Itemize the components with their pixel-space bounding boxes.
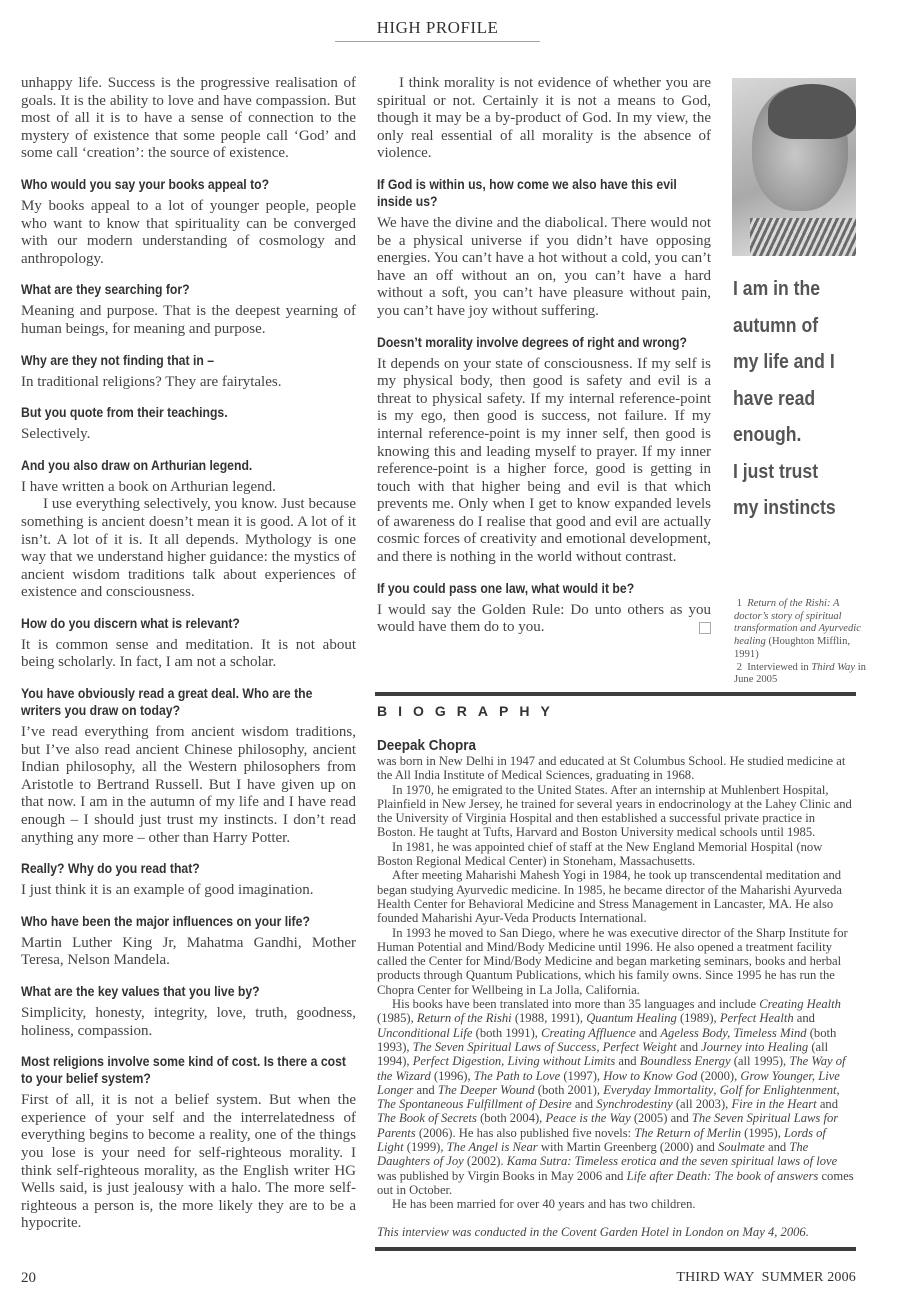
interview-answer: Martin Luther King Jr, Mahatma Gandhi, M… [21, 935, 356, 970]
pull-quote-line: I just trust [733, 458, 865, 495]
footnote-number: 1 [737, 598, 742, 609]
interview-question: If God is within us, how come we also ha… [377, 176, 711, 210]
interview-question: What are they searching for? [21, 281, 356, 298]
footnotes: 1 Return of the Rishi: A doctor’s story … [734, 598, 874, 687]
pull-quote-line: autumn of [733, 312, 865, 349]
running-head-section: HIGH PROFILE [335, 18, 540, 42]
interview-answer: It depends on your state of consciousnes… [377, 356, 711, 567]
pull-quote-line: my life and I [733, 348, 865, 385]
interview-question: Who have been the major influences on yo… [21, 913, 356, 930]
interview-question: You have obviously read a great deal. Wh… [21, 685, 356, 719]
left-column: unhappy life. Success is the progressive… [21, 75, 356, 1233]
interview-answer: I use everything selectively, you know. … [21, 496, 356, 602]
portrait-hair-shape [768, 84, 856, 139]
pull-quote-line: have read [733, 385, 865, 422]
interview-answer: I’ve read everything from ancient wisdom… [21, 724, 356, 847]
biography-heading: BIOGRAPHY [377, 703, 855, 719]
middle-column: I think morality is not evidence of whet… [377, 75, 711, 637]
interview-answer: I have written a book on Arthurian legen… [21, 479, 356, 497]
footnote-magazine: Third Way [811, 662, 855, 673]
interview-answer: My books appeal to a lot of younger peop… [21, 198, 356, 268]
footnote-1: 1 Return of the Rishi: A doctor’s story … [734, 598, 874, 662]
portrait-photo [732, 78, 856, 256]
interview-answer: Selectively. [21, 426, 356, 444]
interview-question: Why are they not finding that in – [21, 352, 356, 369]
interview-answer: It is common sense and meditation. It is… [21, 637, 356, 672]
interview-question: Really? Why do you read that? [21, 860, 356, 877]
interview-question: Doesn’t morality involve degrees of righ… [377, 334, 711, 351]
interview-answer: Simplicity, honesty, integrity, love, tr… [21, 1005, 356, 1040]
footnote-2: 2 Interviewed in Third Way in June 2005 [734, 662, 874, 687]
interview-question: If you could pass one law, what would it… [377, 580, 711, 597]
biography-paragraph: In 1970, he emigrated to the United Stat… [377, 783, 855, 840]
portrait-collar-shape [750, 218, 856, 256]
pull-quote: I am in the autumn of my life and I have… [733, 275, 865, 531]
biography-box: BIOGRAPHY Deepak Chopra was born in New … [377, 703, 855, 1239]
interview-answer: unhappy life. Success is the progressive… [21, 75, 356, 163]
biography-books-paragraph: His books have been translated into more… [377, 997, 855, 1197]
biography-paragraph: In 1981, he was appointed chief of staff… [377, 840, 855, 869]
interview-question: And you also draw on Arthurian legend. [21, 457, 356, 474]
biography-paragraph: In 1993 he moved to San Diego, where he … [377, 926, 855, 997]
page-number: 20 [21, 1270, 36, 1287]
interview-answer: In traditional religions? They are fairy… [21, 374, 356, 392]
interview-question: Who would you say your books appeal to? [21, 176, 356, 193]
biography-paragraph: was born in New Delhi in 1947 and educat… [377, 754, 855, 783]
biography-paragraph: He has been married for over 40 years an… [377, 1197, 855, 1211]
biography-bottom-rule [375, 1247, 856, 1251]
end-of-article-mark-icon [699, 622, 711, 634]
footnote-number: 2 [737, 662, 742, 673]
interview-answer: Meaning and purpose. That is the deepest… [21, 303, 356, 338]
interview-note: This interview was conducted in the Cove… [377, 1225, 855, 1239]
pull-quote-line: I am in the [733, 275, 865, 312]
biography-top-rule [375, 692, 856, 696]
interview-question: Most religions involve some kind of cost… [21, 1053, 356, 1087]
interview-answer: I just think it is an example of good im… [21, 882, 356, 900]
biography-paragraph: After meeting Maharishi Mahesh Yogi in 1… [377, 868, 855, 925]
pull-quote-line: my instincts [733, 494, 865, 531]
footnote-text: Interviewed in [747, 662, 808, 673]
biography-name: Deepak Chopra [377, 737, 807, 754]
interview-answer: First of all, it is not a belief system.… [21, 1092, 356, 1233]
interview-question: But you quote from their teachings. [21, 404, 356, 421]
interview-answer: I would say the Golden Rule: Do unto oth… [377, 602, 711, 637]
interview-question: How do you discern what is relevant? [21, 615, 356, 632]
pull-quote-line: enough. [733, 421, 865, 458]
publication-footer: THIRD WAY SUMMER 2006 [676, 1270, 856, 1286]
interview-question: What are the key values that you live by… [21, 983, 356, 1000]
interview-answer: I think morality is not evidence of whet… [377, 75, 711, 163]
interview-answer: We have the divine and the diabolical. T… [377, 215, 711, 321]
